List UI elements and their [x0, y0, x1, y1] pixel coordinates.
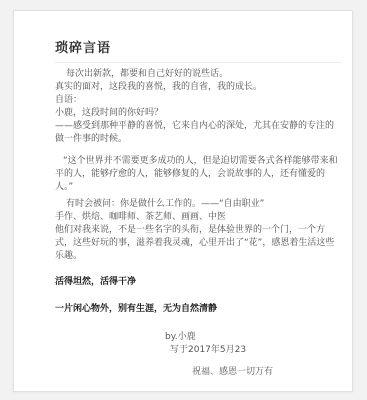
paragraph-intro-2: 真实的面对，这段我的喜悦，我的自省，我的成长。 — [55, 81, 342, 94]
page-title: 琐碎言语 — [55, 39, 342, 63]
paragraph-body-1: 有时会被问：你是做什么工作的。——“自由职业” — [55, 198, 342, 211]
paragraph-quote: “这个世界并不需要更多成功的人，但是迫切需要各式各样能够带来和平的人，能够疗愈的… — [55, 155, 342, 194]
signature-author: by.小鹿 — [165, 331, 342, 344]
paragraph-intro-5: ——感受到那种平静的喜悦，它来自内心的深处，尤其在安静的专注的做一件事的时候。 — [55, 120, 342, 146]
article-card: 琐碎言语 每次出新款，都要和自己好好的说些话。 真实的面对，这段我的喜悦，我的自… — [13, 10, 353, 392]
paragraph-intro-4: 小鹿，这段时间的你好吗？ — [55, 107, 342, 120]
paragraph-emphasis-1: 活得坦然，活得干净 — [55, 276, 342, 289]
paragraph-body-3: 他们对我来说，不是一些名字的头衔，是体验世界的一个门，一个方式，这些好玩的事，滋… — [55, 224, 342, 263]
article-content: 琐碎言语 每次出新款，都要和自己好好的说些话。 真实的面对，这段我的喜悦，我的自… — [14, 11, 352, 379]
paragraph-intro-3: 自语： — [55, 94, 342, 107]
signature-blessing: 祝福、感恩一切万有 — [192, 366, 342, 379]
paragraph-body-2: 手作、烘焙、咖啡师、茶艺师、画画、中医 — [55, 211, 342, 224]
signature-date: 写于2017年5月23 — [170, 344, 342, 357]
paragraph-emphasis-2: 一片闲心物外，别有生涯，无为自然清静 — [55, 303, 342, 316]
paragraph-intro-1: 每次出新款，都要和自己好好的说些话。 — [55, 68, 342, 81]
